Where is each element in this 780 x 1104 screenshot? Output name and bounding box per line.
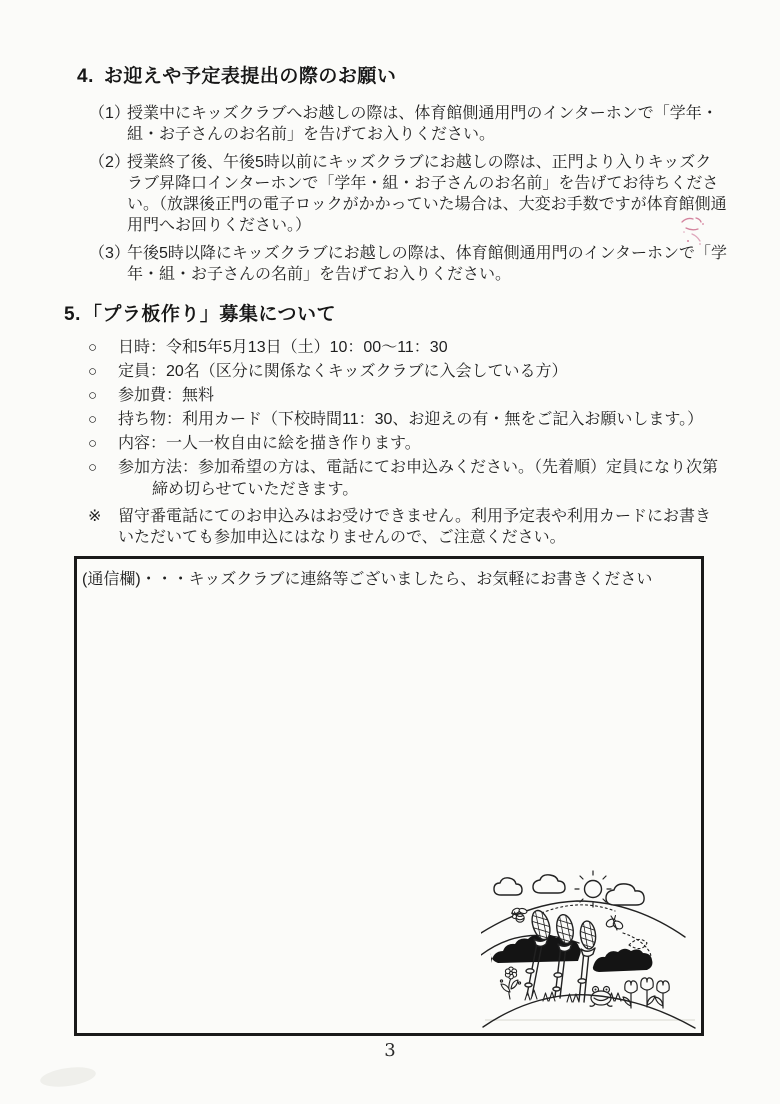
paper-smudge	[39, 1064, 97, 1090]
bullet-text: 定員：20名（区分に関係なくキッズクラブに入会している方）	[118, 361, 567, 383]
bullet-content: ○ 内容：一人一枚自由に絵を描き作ります。	[88, 433, 718, 455]
item-line: い。（放課後正門の電子ロックがかかっていた場合は、大変お手数ですが体育館側通	[127, 194, 727, 215]
pink-ink-smudge	[672, 208, 716, 252]
item-line: 午後5時以降にキッズクラブにお越しの際は、体育館側通用門のインターホンで「学	[127, 243, 727, 264]
section-4-heading: 4.お迎えや予定表提出の際のお願い	[77, 61, 396, 88]
circle-bullet-icon: ○	[88, 433, 118, 455]
note-line: いただいても参加申込にはなりませんので、ご注意ください。	[118, 527, 711, 548]
bullet-capacity: ○ 定員：20名（区分に関係なくキッズクラブに入会している方）	[88, 361, 718, 383]
circle-bullet-icon: ○	[88, 457, 118, 501]
comment-box: (通信欄)・・・キッズクラブに連絡等ございましたら、お気軽にお書きください	[74, 556, 704, 1036]
bullet-text: 日時：令和5年5月13日（土）10：00～11：30	[118, 337, 448, 359]
butterfly-icon	[605, 916, 624, 931]
request-item-2: （2） 授業終了後、午後5時以前にキッズクラブにお越しの際は、正門より入りキッズ…	[89, 152, 727, 236]
page-number: 3	[0, 1040, 780, 1061]
bullet-text: 参加費：無料	[118, 385, 214, 407]
note-text: 留守番電話にてのお申込みはお受けできません。利用予定表や利用カードにお書き いた…	[118, 506, 711, 548]
scanned-notice-page: 4.お迎えや予定表提出の際のお願い （1） 授業中にキッズクラブへお越しの際は、…	[0, 0, 780, 1104]
item-text: 授業中にキッズクラブへお越しの際は、体育館側通用門のインターホンで「学年・ 組・…	[127, 103, 718, 145]
item-line: 年・組・お子さんの名前」を告げてお入りください。	[127, 264, 727, 285]
note-line: 留守番電話にてのお申込みはお受けできません。利用予定表や利用カードにお書き	[118, 506, 711, 527]
item-number: （1）	[89, 103, 127, 145]
section-5-heading: 5.「プラ板作り」募集について	[64, 299, 336, 326]
bullet-how-to-apply: ○ 参加方法：参加希望の方は、電話にてお申込みください。（先着順）定員になり次第…	[88, 457, 718, 501]
bullet-text: 内容：一人一枚自由に絵を描き作ります。	[118, 433, 421, 455]
item-line: 授業中にキッズクラブへお越しの際は、体育館側通用門のインターホンで「学年・	[127, 103, 718, 124]
bullet-text: 持ち物：利用カード（下校時間11：30、お迎えの有・無をご記入お願いします。）	[118, 409, 703, 431]
bullet-text: 参加方法：参加希望の方は、電話にてお申込みください。（先着順）定員になり次第 締…	[118, 457, 718, 501]
bee-icon	[511, 907, 527, 922]
event-details-list: ○ 日時：令和5年5月13日（土）10：00～11：30 ○ 定員：20名（区分…	[88, 337, 718, 503]
item-line: 組・お子さんのお名前」を告げてお入りください。	[127, 124, 718, 145]
bullet-text-line: 参加方法：参加希望の方は、電話にてお申込みください。（先着順）定員になり次第	[118, 459, 718, 476]
item-line: ラブ昇降口インターホンで「学年・組・お子さんのお名前」を告げてお待ちくださ	[127, 173, 727, 194]
item-line: 用門へお回りください。）	[127, 215, 727, 236]
section-5-number: 5.	[64, 304, 81, 325]
item-number: （3）	[89, 243, 127, 285]
cloud-icon	[494, 875, 644, 905]
circle-bullet-icon: ○	[88, 337, 118, 359]
bullet-datetime: ○ 日時：令和5年5月13日（土）10：00～11：30	[88, 337, 718, 359]
bullet-continuation: 締め切らせていただきます。	[118, 479, 718, 501]
circle-bullet-icon: ○	[88, 385, 118, 407]
section-4-items: （1） 授業中にキッズクラブへお越しの際は、体育館側通用門のインターホンで「学年…	[89, 103, 727, 292]
item-number: （2）	[89, 152, 127, 236]
item-text: 午後5時以降にキッズクラブにお越しの際は、体育館側通用門のインターホンで「学 年…	[127, 243, 727, 285]
request-item-3: （3） 午後5時以降にキッズクラブにお越しの際は、体育館側通用門のインターホンで…	[89, 243, 727, 285]
reference-mark-icon: ※	[88, 506, 118, 548]
circle-bullet-icon: ○	[88, 361, 118, 383]
section-4-title: お迎えや予定表提出の際のお願い	[104, 66, 397, 87]
bullet-belongings: ○ 持ち物：利用カード（下校時間11：30、お迎えの有・無をご記入お願いします。…	[88, 409, 718, 431]
request-item-1: （1） 授業中にキッズクラブへお越しの際は、体育館側通用門のインターホンで「学年…	[89, 103, 727, 145]
wildflower	[500, 967, 520, 999]
section-4-number: 4.	[77, 66, 94, 87]
item-text: 授業終了後、午後5時以前にキッズクラブにお越しの際は、正門より入りキッズク ラブ…	[127, 152, 727, 236]
comment-box-label: (通信欄)・・・キッズクラブに連絡等ございましたら、お気軽にお書きください	[77, 559, 701, 589]
tulip-flowers	[623, 978, 669, 1008]
bullet-fee: ○ 参加費：無料	[88, 385, 718, 407]
caution-note: ※ 留守番電話にてのお申込みはお受けできません。利用予定表や利用カードにお書き …	[88, 506, 711, 548]
item-line: 授業終了後、午後5時以前にキッズクラブにお越しの際は、正門より入りキッズク	[127, 152, 727, 173]
circle-bullet-icon: ○	[88, 409, 118, 431]
section-5-title: 「プラ板作り」募集について	[83, 304, 336, 325]
spring-field-illustration	[481, 859, 697, 1031]
